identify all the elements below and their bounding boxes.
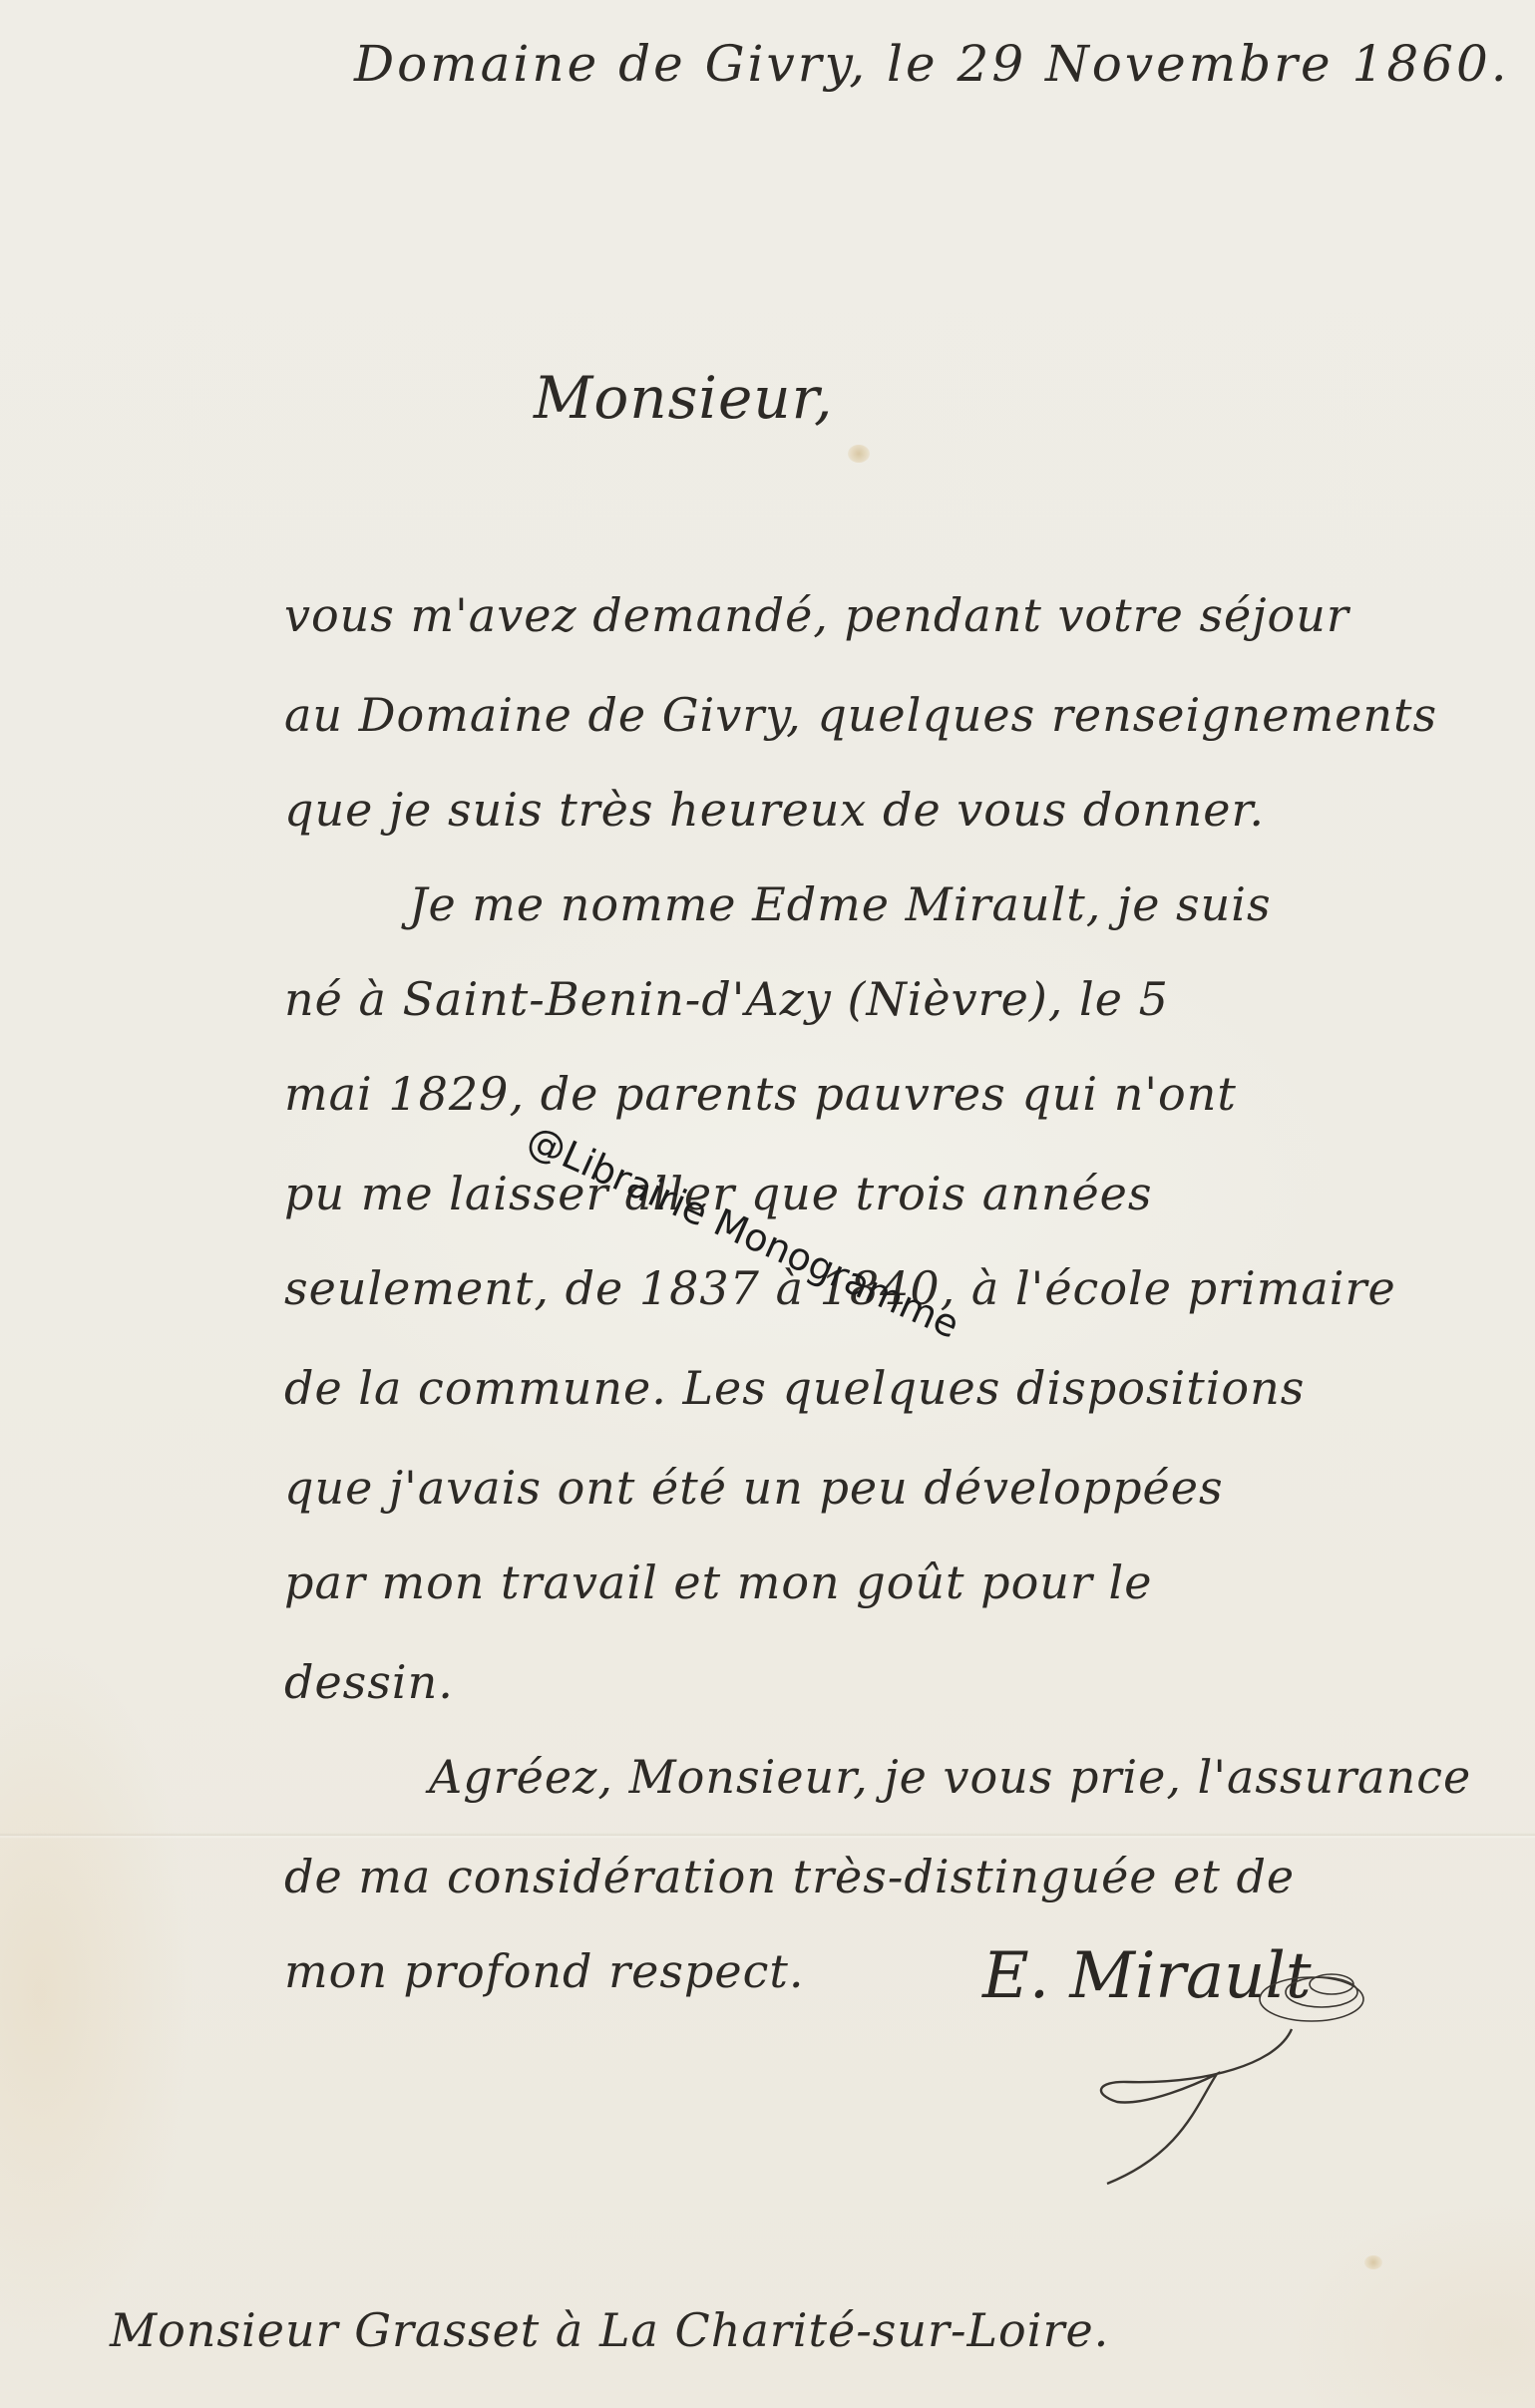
body-line: par mon travail et mon goût pour le	[284, 1555, 1152, 1609]
recipient-address: Monsieur Grasset à La Charité-sur-Loire.	[110, 2303, 1109, 2357]
body-line: que j'avais ont été un peu développées	[284, 1461, 1224, 1515]
body-line: au Domaine de Givry, quelques renseignem…	[284, 688, 1437, 742]
paper-stain	[1364, 2255, 1382, 2269]
body-line: mai 1829, de parents pauvres qui n'ont	[284, 1067, 1237, 1121]
letter-salutation: Monsieur,	[534, 364, 833, 432]
signature-flourish-icon	[1087, 1954, 1386, 2194]
paper-fold-crease	[0, 1833, 1535, 1839]
closing-line: Agréez, Monsieur, je vous prie, l'assura…	[429, 1750, 1471, 1804]
body-line: Je me nomme Edme Mirault, je suis	[409, 877, 1272, 931]
body-line: dessin.	[284, 1655, 454, 1709]
body-line: de la commune. Les quelques dispositions	[284, 1361, 1305, 1415]
body-line: que je suis très heureux de vous donner.	[284, 783, 1265, 837]
paper-stain	[848, 445, 870, 463]
body-line: né à Saint-Benin-d'Azy (Nièvre), le 5	[284, 972, 1169, 1026]
letter-date-line: Domaine de Givry, le 29 Novembre 1860.	[354, 35, 1510, 93]
body-line: vous m'avez demandé, pendant votre séjou…	[284, 588, 1349, 642]
closing-line: de ma considération très-distinguée et d…	[284, 1850, 1295, 1903]
closing-line: mon profond respect.	[284, 1944, 804, 1998]
